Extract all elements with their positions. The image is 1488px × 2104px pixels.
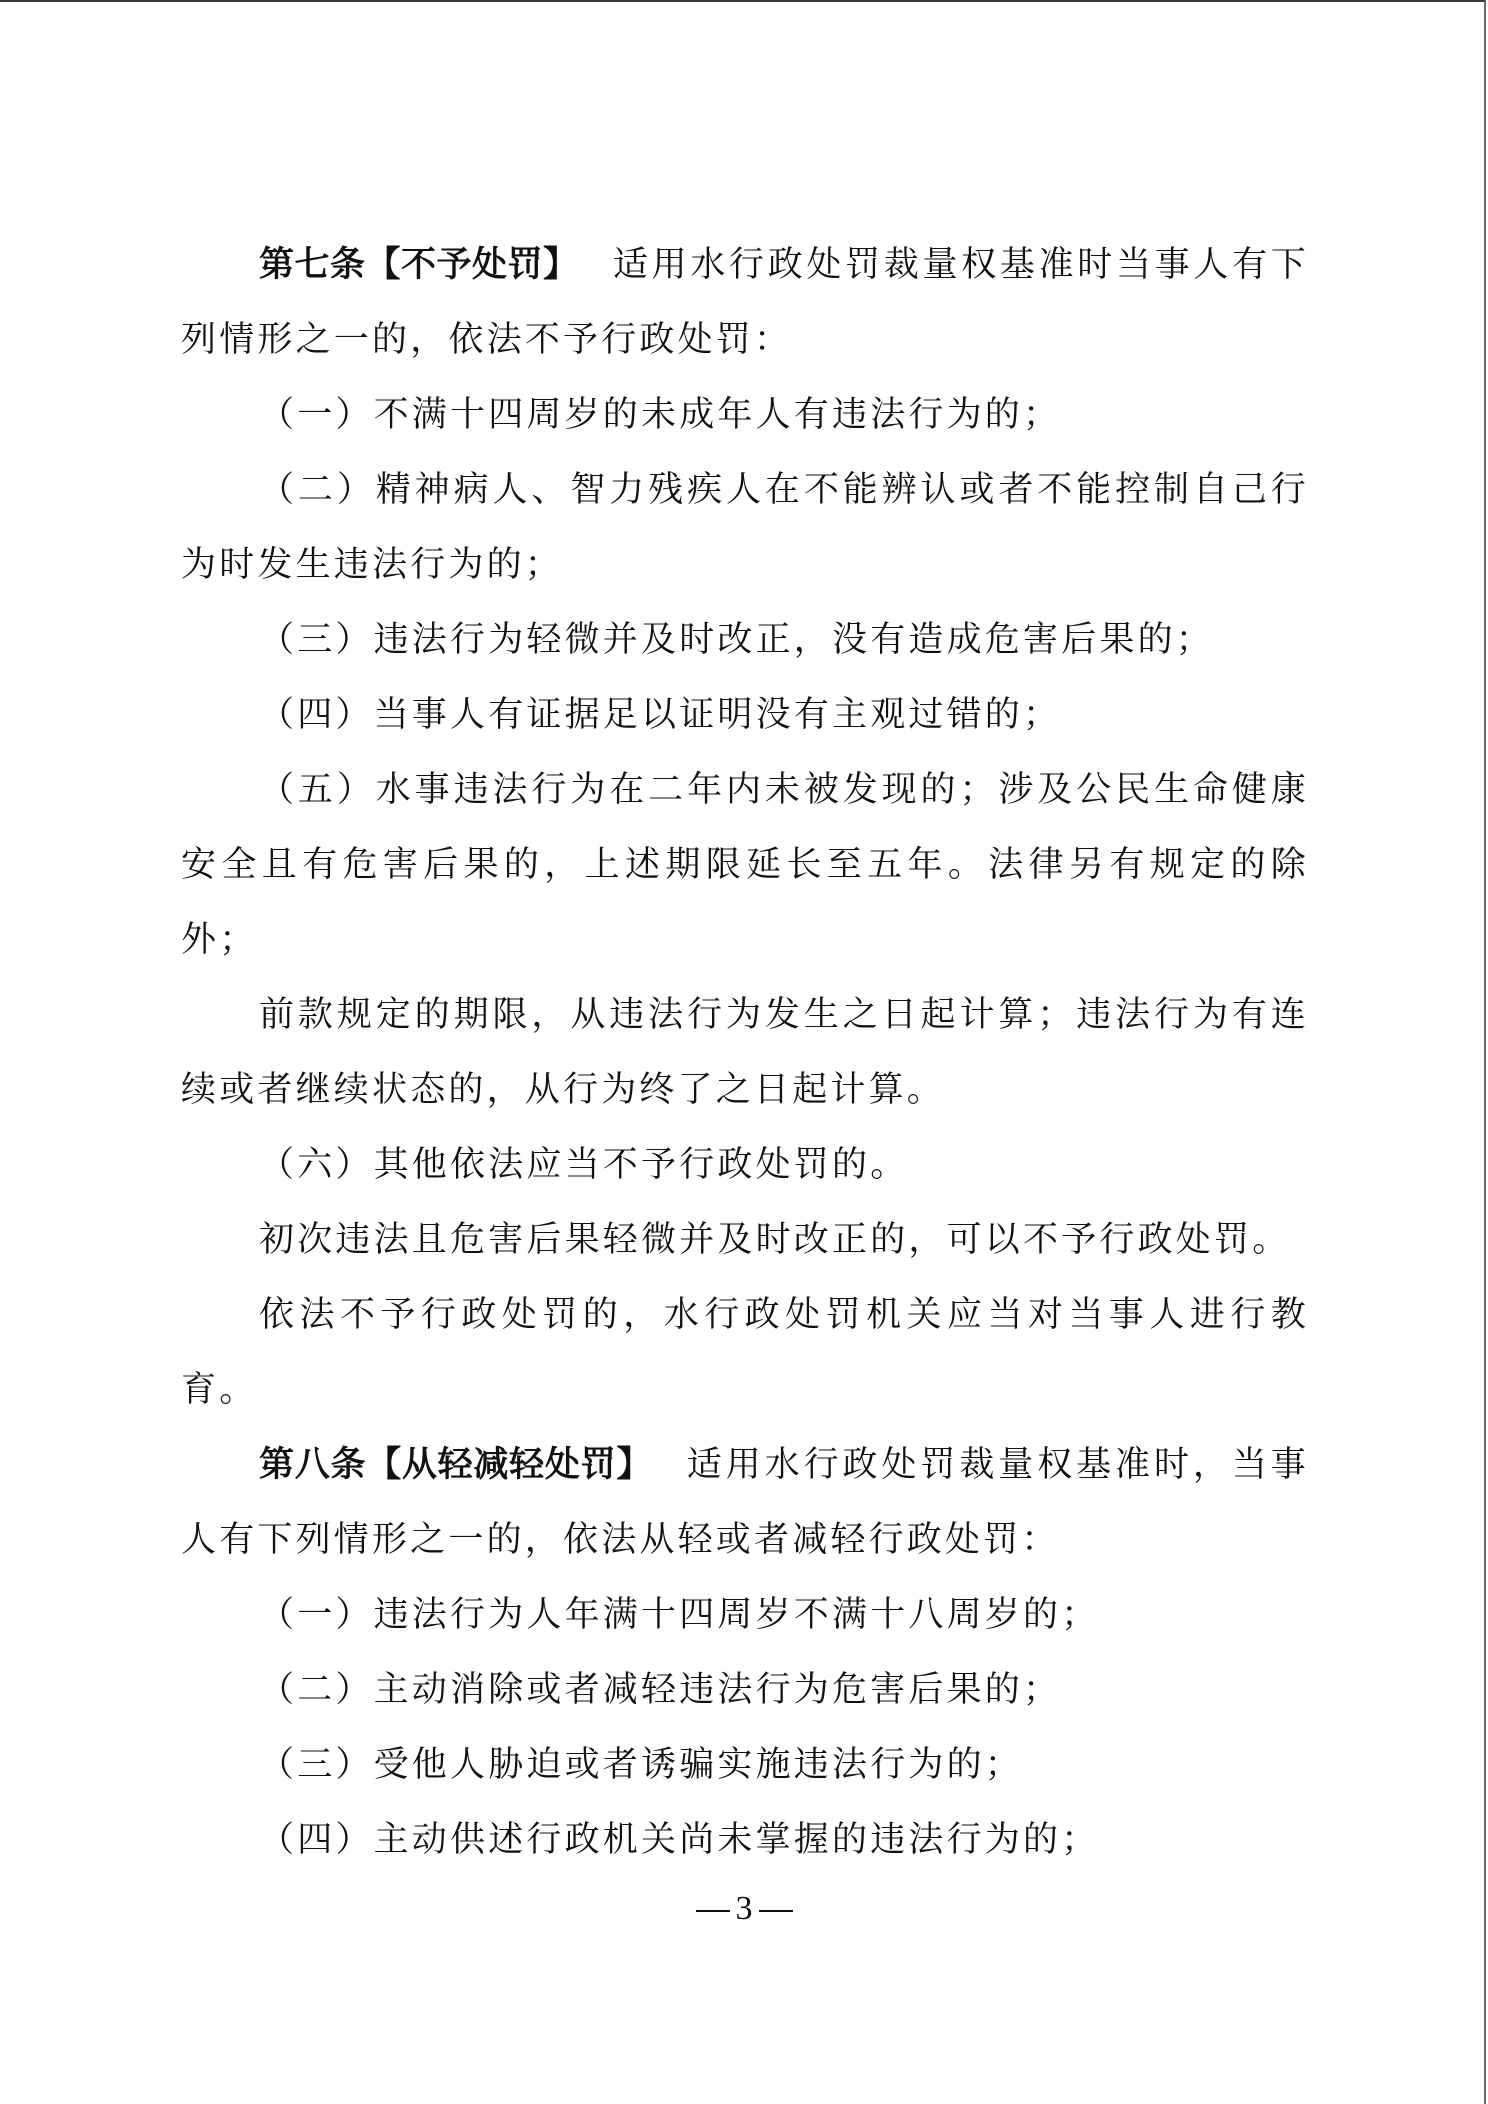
article-7-period-note: 前款规定的期限，从违法行为发生之日起计算；违法行为有连续或者继续状态的，从行为终… [181,978,1309,1128]
article-7-item-4: （四）当事人有证据足以证明没有主观过错的； [181,678,1309,753]
article-7-item-1: （一）不满十四周岁的未成年人有违法行为的； [181,378,1309,453]
article-7-first-offense: 初次违法且危害后果轻微并及时改正的，可以不予行政处罚。 [181,1203,1309,1278]
article-7-item-2: （二）精神病人、智力残疾人在不能辨认或者不能控制自己行为时发生违法行为的； [181,453,1309,603]
article-7-paragraph: 第七条【不予处罚】适用水行政处罚裁量权基准时当事人有下列情形之一的，依法不予行政… [181,228,1309,378]
article-8-item-1: （一）违法行为人年满十四周岁不满十八周岁的； [181,1578,1309,1653]
article-8-item-2: （二）主动消除或者减轻违法行为危害后果的； [181,1653,1309,1728]
document-page: 第七条【不予处罚】适用水行政处罚裁量权基准时当事人有下列情形之一的，依法不予行政… [0,0,1486,2104]
article-7-heading: 第七条【不予处罚】 [259,245,578,285]
article-7-item-5: （五）水事违法行为在二年内未被发现的；涉及公民生命健康安全且有危害后果的，上述期… [181,753,1309,978]
article-7-item-6: （六）其他依法应当不予行政处罚的。 [181,1128,1309,1203]
dash-left [696,1910,730,1912]
article-8-heading: 第八条【从轻减轻处罚】 [259,1445,652,1485]
article-8-item-4: （四）主动供述行政机关尚未掌握的违法行为的； [181,1803,1309,1878]
article-8-paragraph: 第八条【从轻减轻处罚】适用水行政处罚裁量权基准时，当事人有下列情形之一的，依法从… [181,1428,1309,1578]
page-footer: 3 [0,1890,1488,1928]
page-number: 3 [736,1890,753,1927]
article-8-item-3: （三）受他人胁迫或者诱骗实施违法行为的； [181,1728,1309,1803]
article-7-education: 依法不予行政处罚的，水行政处罚机关应当对当事人进行教育。 [181,1278,1309,1428]
dash-right [759,1910,793,1912]
document-body: 第七条【不予处罚】适用水行政处罚裁量权基准时当事人有下列情形之一的，依法不予行政… [181,228,1309,1878]
article-7-item-3: （三）违法行为轻微并及时改正，没有造成危害后果的； [181,603,1309,678]
